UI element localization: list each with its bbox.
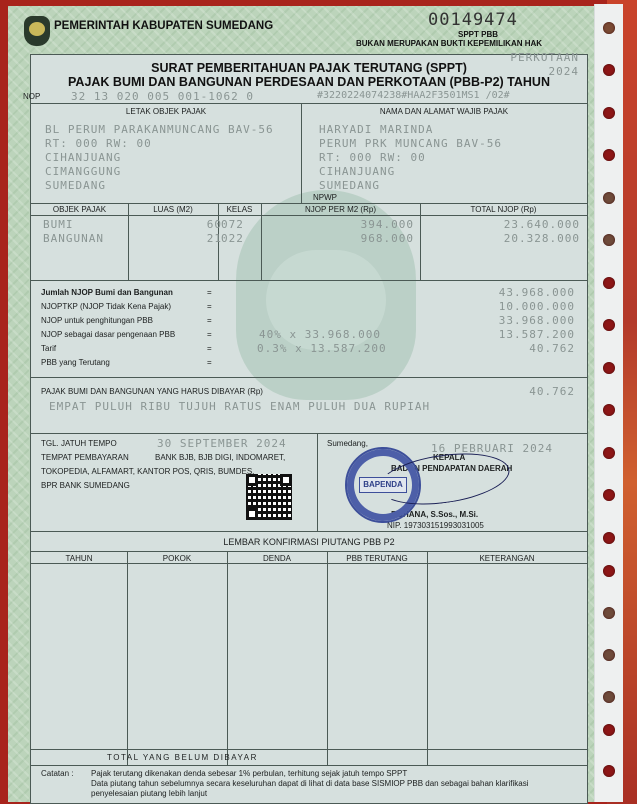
government-name: PEMERINTAH KABUPATEN SUMEDANG [54,20,273,32]
col-tahun: TAHUN [31,554,127,563]
col-total-njop: TOTAL NJOP (Rp) [420,205,587,214]
col-njop-m2: NJOP PER M2 (Rp) [261,205,420,214]
sumedang-logo-icon [24,16,50,46]
signatory-nip: NIP. 197303151993031005 [387,521,484,530]
col-pbb-terutang: PBB TERUTANG [327,554,427,563]
col-keterangan: KETERANGAN [427,554,587,563]
payment-place-line2: TOKOPEDIA, ALFAMART, KANTOR POS, QRIS, B… [41,467,254,476]
col-denda: DENDA [227,554,327,563]
nop-label: NOP [23,92,40,101]
payable-label: PAJAK BUMI DAN BANGUNAN YANG HARUS DIBAY… [41,387,263,396]
nop-value: 32 13 020 005 001-1062 0 [71,90,254,103]
due-date-label: TGL. JATUH TEMPO [41,439,117,448]
payment-place-line1: BANK BJB, BJB DIGI, INDOMARET, [155,453,285,462]
notes-line-3: penyelesaian piutang lebih lanjut [91,789,207,798]
col-objek-pajak: OBJEK PAJAK [31,205,128,214]
object-location-address: BL PERUM PARAKANMUNCANG BAV-56RT: 000 RW… [45,123,274,193]
col-pokok: POKOK [127,554,227,563]
taxpayer-heading: NAMA DAN ALAMAT WAJIB PAJAK [301,107,587,116]
main-form: PERKOTAAN 2024 SURAT PEMBERITAHUAN PAJAK… [30,54,588,804]
total-unpaid-label: TOTAL YANG BELUM DIBAYAR [107,753,258,762]
title-line-2: PAJAK BUMI DAN BANGUNAN PERDESAAN DAN PE… [31,75,587,89]
payment-place-label: TEMPAT PEMBAYARAN [41,453,129,462]
object-location-heading: LETAK OBJEK PAJAK [31,107,301,116]
ownership-disclaimer: BUKAN MERUPAKAN BUKTI KEPEMILIKAN HAK [356,39,542,48]
payment-qr-code-icon[interactable] [246,474,292,520]
sign-city: Sumedang, [327,439,368,448]
npwp-label: NPWP [313,193,337,202]
title-line-1: SURAT PEMBERITAHUAN PAJAK TERUTANG (SPPT… [31,61,587,75]
confirmation-title: LEMBAR KONFIRMASI PIUTANG PBB P2 [31,537,587,547]
col-luas: LUAS (M2) [128,205,218,214]
payable-in-words: EMPAT PULUH RIBU TUJUH RATUS ENAM PULUH … [49,400,430,413]
sppt-document: PEMERINTAH KABUPATEN SUMEDANG 00149474 S… [8,6,594,802]
payable-amount: 40.762 [529,385,575,398]
taxpayer-address: HARYADI MARINDAPERUM PRK MUNCANG BAV-56R… [319,123,502,193]
notes-line-1: Pajak terutang dikenakan denda sebesar 1… [91,769,407,778]
serial-number: 00149474 [428,10,518,30]
nop-code: #3220224074238#HAA2F3501MS1 /02# [317,90,510,101]
col-kelas: KELAS [218,205,261,214]
due-date: 30 SEPTEMBER 2024 [157,437,287,450]
doc-code: SPPT PBB [458,30,498,39]
notes-label: Catatan : [41,769,73,778]
perforated-strip [594,4,623,802]
notes-line-2: Data piutang tahun sebelumnya secara kes… [91,779,528,788]
payment-place-line3: BPR BANK SUMEDANG [41,481,130,490]
